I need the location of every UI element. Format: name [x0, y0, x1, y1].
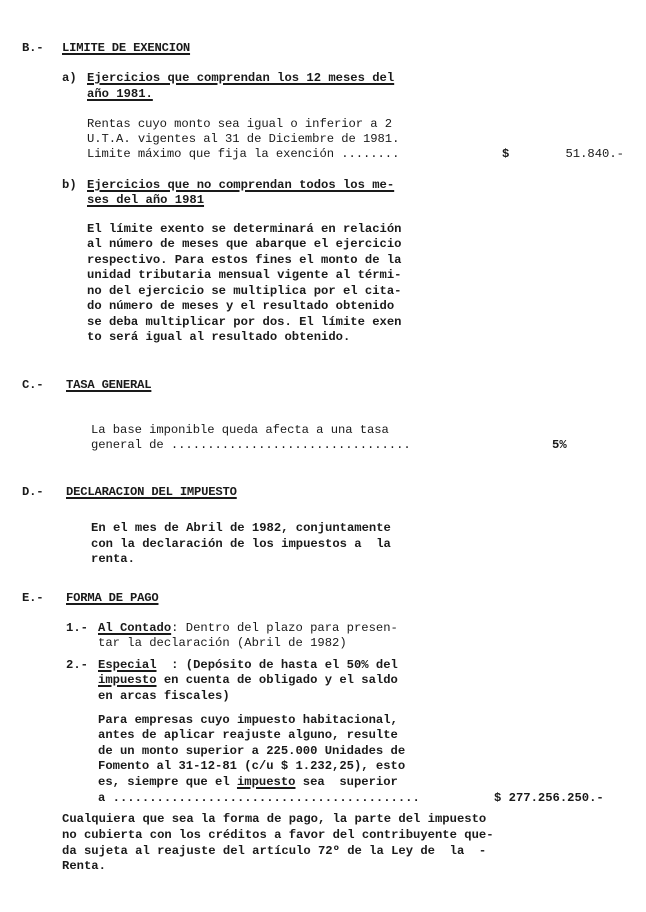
para-line-5-pre: es, siempre que el: [98, 775, 237, 789]
para-line-5-impuesto: impuesto: [237, 775, 296, 789]
closing-line-1: Cualquiera que sea la forma de pago, la …: [62, 812, 486, 828]
section-e-title: FORMA DE PAGO: [66, 591, 158, 607]
section-c-body-line-1: La base imponible queda afecta a una tas…: [91, 423, 389, 439]
closing-line-2: no cubierta con los créditos a favor del…: [62, 828, 494, 844]
section-b-a-body-line-3: Limite máximo que fija la exención .....…: [87, 147, 399, 163]
payment-item-2-impuesto: impuesto: [98, 673, 157, 687]
section-b-a-marker: a): [62, 71, 77, 87]
section-d-body-line-3: renta.: [91, 552, 135, 568]
section-b-a-title-line-1: Ejercicios que comprendan los 12 meses d…: [87, 71, 394, 87]
general-tax-rate: 5%: [552, 438, 567, 454]
section-b-b-body-line-4: unidad tributaria mensual vigente al tér…: [87, 268, 402, 284]
section-b-b-body-line-5: no del ejercicio se multiplica por el ci…: [87, 284, 402, 300]
section-b-b-title-line-1: Ejercicios que no comprendan todos los m…: [87, 178, 394, 194]
section-b-a-body-line-1: Rentas cuyo monto sea igual o inferior a…: [87, 117, 392, 133]
section-d-body-line-1: En el mes de Abril de 1982, conjuntament…: [91, 521, 391, 537]
section-b-b-body-line-3: respectivo. Para estos fines el monto de…: [87, 253, 402, 269]
payment-item-2-para-line-6: a ......................................…: [98, 791, 420, 807]
section-b-title: LIMITE DE EXENCION: [62, 41, 190, 57]
section-c-letter: C.-: [22, 378, 43, 394]
section-b-a-body-line-2: U.T.A. vigentes al 31 de Diciembre de 19…: [87, 132, 399, 148]
payment-item-2-line-3: en arcas fiscales): [98, 689, 230, 705]
payment-item-2-para-line-4: Fomento al 31-12-81 (c/u $ 1.232,25), es…: [98, 759, 405, 775]
payment-item-1-text: : Dentro del plazo para presen-: [171, 621, 398, 635]
section-d-body-line-2: con la declaración de los impuestos a la: [91, 537, 391, 553]
payment-item-2-marker: 2.-: [66, 658, 88, 674]
payment-item-1-line-2: tar la declaración (Abril de 1982): [98, 636, 347, 652]
section-c-title: TASA GENERAL: [66, 378, 151, 394]
section-c-body-line-2: general de .............................…: [91, 438, 411, 454]
payment-item-2-para-line-5: es, siempre que el impuesto sea superior: [98, 775, 398, 791]
payment-item-2-line-2: impuesto en cuenta de obligado y el sald…: [98, 673, 398, 689]
section-d-letter: D.-: [22, 485, 43, 501]
section-b-b-body-line-6: do número de meses y el resultado obteni…: [87, 299, 394, 315]
section-d-title: DECLARACION DEL IMPUESTO: [66, 485, 237, 501]
payment-item-2-para-line-3: de un monto superior a 225.000 Unidades …: [98, 744, 405, 760]
payment-item-2-label: Especial: [98, 658, 157, 672]
exemption-limit-amount: 51.840.-: [540, 147, 624, 163]
payment-item-2-para-line-2: antes de aplicar reajuste alguno, result…: [98, 728, 398, 744]
payment-item-2-line-1: Especial : (Depósito de hasta el 50% del: [98, 658, 398, 674]
section-b-b-body-line-2: al número de meses que abarque el ejerci…: [87, 237, 402, 253]
closing-line-3: da sujeta al reajuste del artículo 72º d…: [62, 844, 486, 860]
section-b-b-body-line-1: El límite exento se determinará en relac…: [87, 222, 402, 238]
payment-item-2-para-line-1: Para empresas cuyo impuesto habitacional…: [98, 713, 398, 729]
section-b-a-title-line-2: año 1981.: [87, 87, 153, 103]
section-b-b-title-line-2: ses del año 1981: [87, 193, 204, 209]
payment-item-1-label: Al Contado: [98, 621, 171, 635]
exemption-currency: $: [502, 147, 509, 163]
payment-item-1-line-1: Al Contado: Dentro del plazo para presen…: [98, 621, 398, 637]
special-payment-threshold-amount: $ 277.256.250.-: [494, 791, 604, 807]
payment-item-1-marker: 1.-: [66, 621, 88, 637]
payment-item-2-line-2-text: en cuenta de obligado y el saldo: [157, 673, 398, 687]
para-line-5-post: sea superior: [295, 775, 397, 789]
section-e-letter: E.-: [22, 591, 43, 607]
payment-item-2-text: : (Depósito de hasta el 50% del: [157, 658, 398, 672]
section-b-b-body-line-8: to será igual al resultado obtenido.: [87, 330, 350, 346]
section-b-letter: B.-: [22, 41, 43, 57]
section-b-b-body-line-7: se deba multiplicar por dos. El límite e…: [87, 315, 402, 331]
closing-line-4: Renta.: [62, 859, 106, 875]
section-b-b-marker: b): [62, 178, 77, 194]
